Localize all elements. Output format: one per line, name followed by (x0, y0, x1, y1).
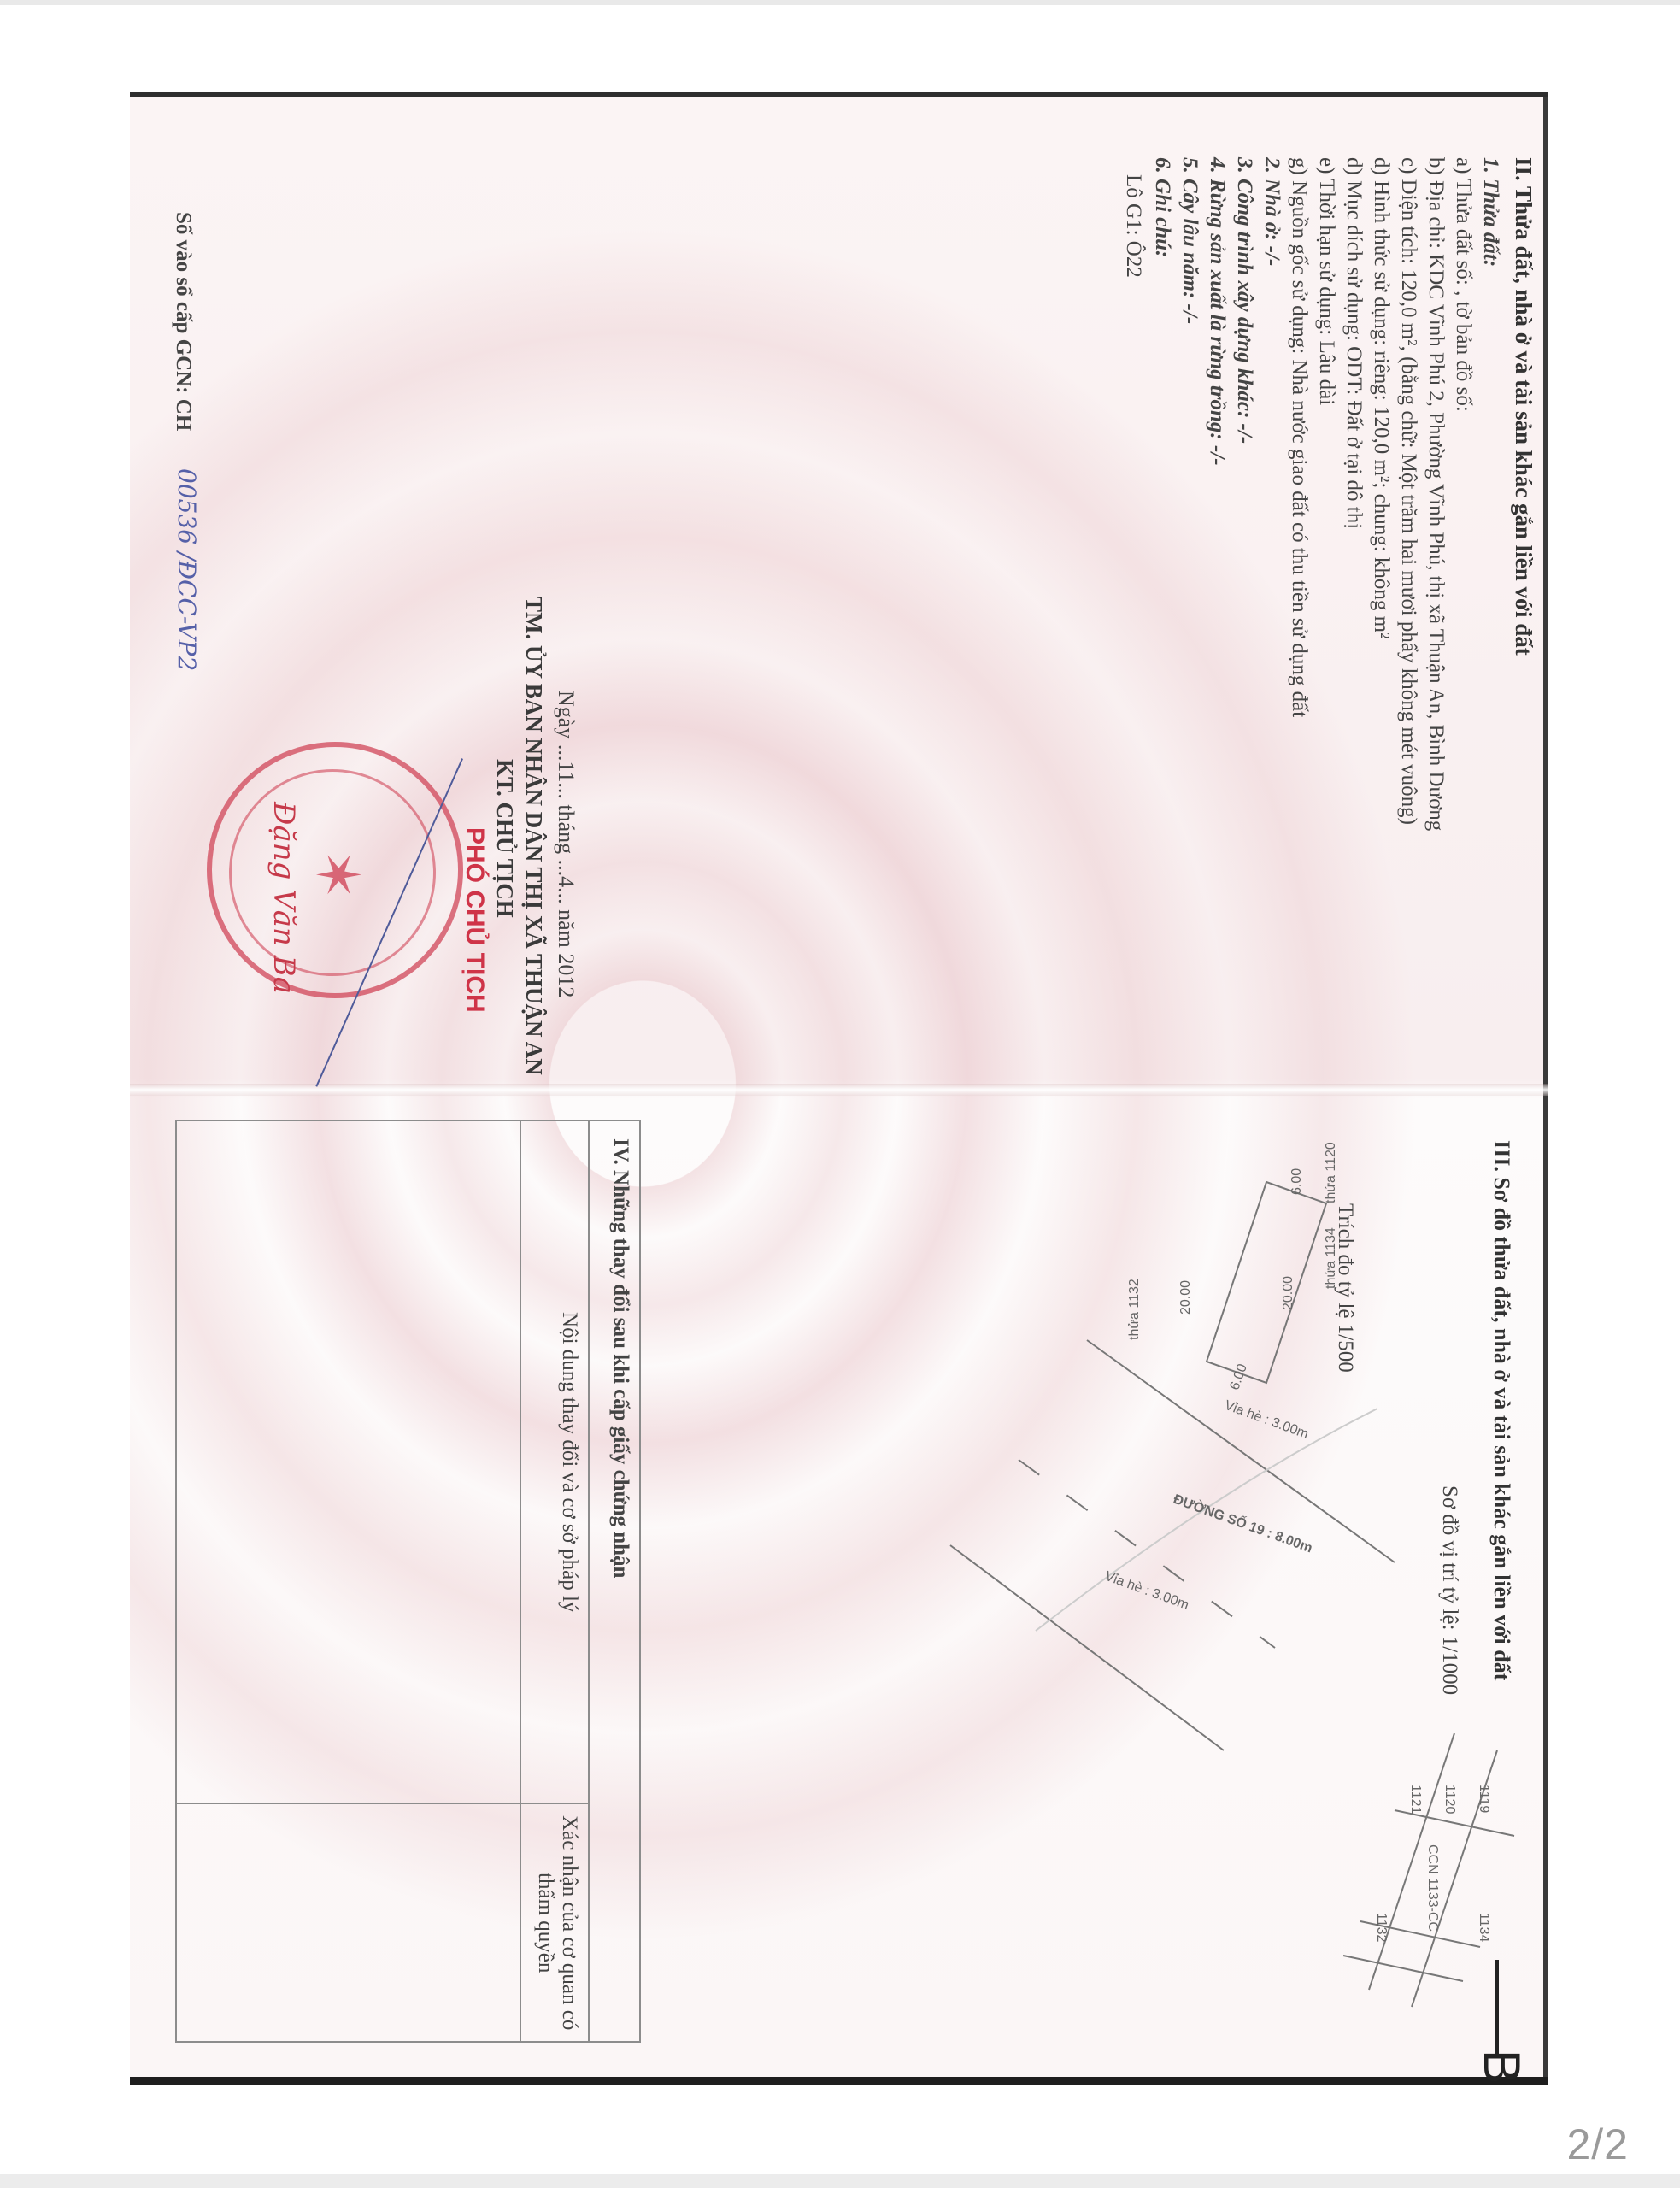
map-label: thửa 1120 (1324, 1142, 1338, 1203)
land-line-e: e) Thời hạn sử dụng: Lâu dài (1313, 157, 1340, 405)
viewer-bottom-bar (0, 2174, 1680, 2188)
section-2-title: II. Thửa đất, nhà ở và tài sản khác gắn … (1510, 157, 1536, 656)
land-line-g: g) Nguồn gốc sử dụng: Nhà nước giao đất … (1285, 157, 1313, 717)
registry-number: 00536 /ĐCC-VP2 (173, 468, 200, 671)
map-label: Vỉa hè : 3.00m (1223, 1398, 1311, 1442)
map-label: 1121 (1408, 1785, 1423, 1815)
registry-label: Số vào sổ cấp GCN: CH (169, 212, 197, 431)
page-counter: 2/2 (1566, 2120, 1629, 2169)
land-line-dd: đ) Mục đích sử dụng: ODT: Đất ở tại đô t… (1340, 157, 1367, 529)
col-change-content: Nội dung thay đổi và cơ sở pháp lý (520, 1120, 589, 1803)
map-label: 1134 (1477, 1913, 1491, 1943)
land-line-c: c) Diện tích: 120,0 m², (bằng chữ: Một t… (1395, 157, 1422, 825)
changes-table: IV. Những thay đổi sau khi cấp giấy chứn… (175, 1120, 641, 2043)
seal-star-icon: ✶ (303, 850, 373, 900)
frame-border (130, 92, 1548, 97)
item-perennial: 5. Cây lâu năm: -/- (1176, 157, 1203, 324)
parcel-map: thửa 1120 thửa 1132 thửa 1134 6.00 20.00… (694, 1101, 1548, 2084)
map-label: 1132 (1374, 1913, 1389, 1943)
col-authority-confirmation: Xác nhận của cơ quan có thẩm quyền (520, 1803, 589, 2042)
map-label: CCN 1133-CC (1425, 1844, 1440, 1932)
map-label: thửa 1134 (1324, 1227, 1338, 1289)
item-notes: 6. Ghi chú: (1148, 157, 1176, 257)
map-label: 6.00 (1289, 1168, 1304, 1195)
map-label: 1120 (1442, 1785, 1457, 1815)
book-spine (130, 1084, 1548, 1096)
signature-role: KT. CHỦ TỊCH (491, 759, 518, 918)
viewer-top-bar (0, 0, 1680, 5)
map-label: 6.00 (1227, 1362, 1250, 1392)
section-4-title: IV. Những thay đổi sau khi cấp giấy chứn… (589, 1120, 640, 2042)
land-line-b: b) Địa chỉ: KDC Vĩnh Phú 2, Phường Vĩnh … (1422, 157, 1449, 831)
map-label: 1119 (1477, 1785, 1491, 1813)
confirmation-cell (176, 1803, 520, 2042)
change-content-cell (176, 1120, 520, 1803)
land-line-a: a) Thửa đất số: , tờ bản đồ số: (1449, 157, 1477, 412)
item-construction: 3. Công trình xây dựng khác: -/- (1231, 157, 1258, 444)
vice-chairman-stamp: PHÓ CHỦ TỊCH (460, 827, 489, 1013)
signer-name: Đặng Văn Ba (267, 802, 301, 994)
official-seal: ✶ (207, 742, 463, 998)
note-lot: Lô G1: Ô22 (1119, 174, 1147, 278)
map-label: 20.00 (1281, 1276, 1295, 1310)
map-label: ĐƯỜNG SỐ 19 : 8.00m (1172, 1490, 1315, 1556)
signature-date: Ngày ...11... tháng ...4... năm 2012 (553, 691, 579, 997)
signature-org: TM. ỦY BAN NHÂN DÂN THỊ XÃ THUẬN AN (520, 597, 547, 1075)
land-heading: 1. Thửa đất: (1477, 157, 1504, 267)
certificate-document: II. Thửa đất, nhà ở và tài sản khác gắn … (130, 92, 1548, 2085)
map-label: thửa 1132 (1127, 1279, 1142, 1340)
item-forest: 4. Rừng sản xuất là rừng trồng: -/- (1203, 157, 1231, 466)
land-line-d: d) Hình thức sử dụng: riêng: 120,0 m²; c… (1367, 157, 1395, 639)
map-label: 20.00 (1178, 1280, 1193, 1315)
certificate-sheet: II. Thửa đất, nhà ở và tài sản khác gắn … (130, 92, 1548, 2085)
item-house: 2. Nhà ở: -/- (1258, 157, 1285, 266)
